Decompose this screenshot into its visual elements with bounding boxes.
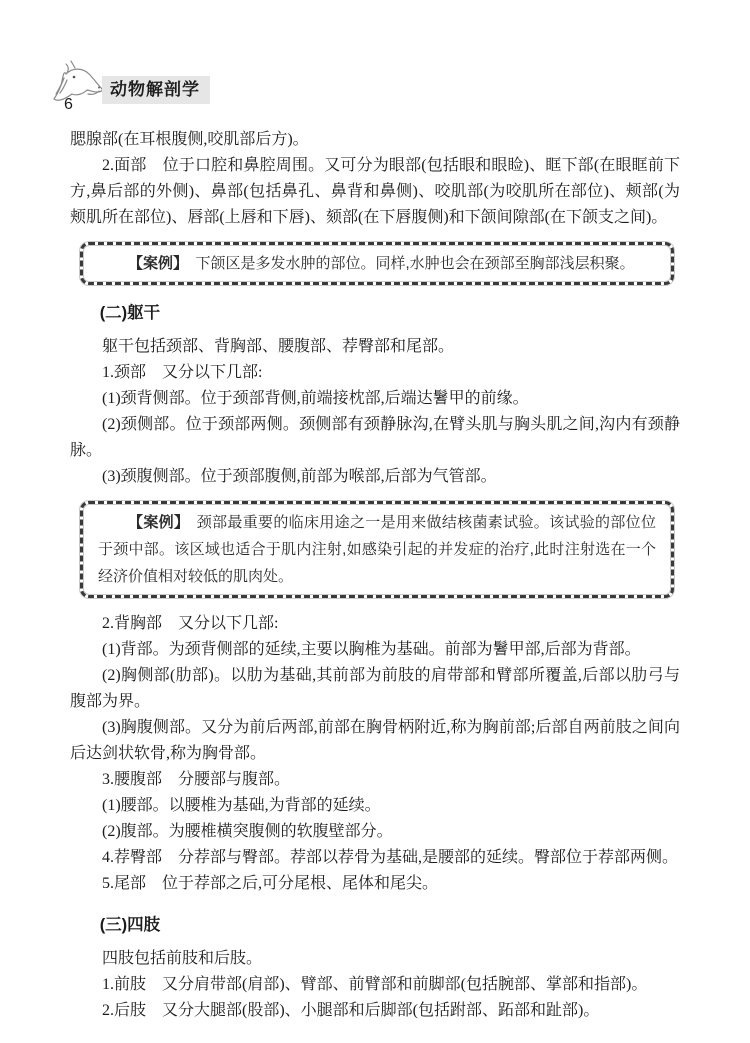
paragraph-lumboabdominal: 3.腰腹部 分腰部与腹部。: [70, 767, 680, 793]
paragraph-tail: 5.尾部 位于荐部之后,可分尾根、尾体和尾尖。: [70, 871, 680, 897]
paragraph-hindlimb: 2.后肢 又分大腿部(股部)、小腿部和后脚部(包括跗部、跖部和趾部)。: [70, 998, 680, 1024]
page-number: 6: [64, 96, 73, 114]
page-body: 腮腺部(在耳根腹侧,咬肌部后方)。 2.面部 位于口腔和鼻腔周围。又可分为眼部(…: [70, 127, 680, 1024]
case-label: 【案例】: [128, 514, 189, 531]
book-title: 动物解剖学: [102, 76, 210, 104]
paragraph-limbs-intro: 四肢包括前肢和后肢。: [70, 946, 680, 972]
book-page: 动物解剖学 6 腮腺部(在耳根腹侧,咬肌部后方)。 2.面部 位于口腔和鼻腔周围…: [0, 0, 750, 1043]
paragraph-abdominal: (2)腹部。为腰椎横突腹侧的软腹壁部分。: [70, 819, 680, 845]
paragraph-neck-dorsal: (1)颈背侧部。位于颈部背侧,前端接枕部,后端达鬐甲的前缘。: [70, 386, 680, 412]
case-body: 下颌区是多发水肿的部位。同样,水肿也会在颈部至胸部浅层积聚。: [196, 255, 635, 272]
paragraph-back: (1)背部。为颈背侧部的延续,主要以胸椎为基础。前部为鬐甲部,后部为背部。: [70, 637, 680, 663]
paragraph-neck: 1.颈部 又分以下几部:: [70, 360, 680, 386]
paragraph-neck-ventral: (3)颈腹侧部。位于颈部腹侧,前部为喉部,后部为气管部。: [70, 464, 680, 490]
paragraph-sacrogluteal: 4.荐臀部 分荐部与臀部。荐部以荐骨为基础,是腰部的延续。臀部位于荐部两侧。: [70, 845, 680, 871]
case-text: 【案例】颈部最重要的临床用途之一是用来做结核菌素试验。该试验的部位位于颈中部。该…: [98, 509, 656, 590]
case-text: 【案例】下颌区是多发水肿的部位。同样,水肿也会在颈部至胸部浅层积聚。: [98, 250, 656, 277]
paragraph-thoracic-lateral: (2)胸侧部(肋部)。以肋为基础,其前部为前肢的肩带部和臂部所覆盖,后部以肋弓与…: [70, 663, 680, 715]
paragraph-thoracic-ventral: (3)胸腹侧部。又分为前后两部,前部在胸骨柄附近,称为胸前部;后部自两前肢之间向…: [70, 715, 680, 767]
paragraph-parotid: 腮腺部(在耳根腹侧,咬肌部后方)。: [70, 127, 680, 153]
case-box-neck: 【案例】颈部最重要的临床用途之一是用来做结核菌素试验。该试验的部位位于颈中部。该…: [80, 501, 674, 598]
horse-head-icon: [52, 58, 106, 106]
paragraph-neck-lateral: (2)颈侧部。位于颈部两侧。颈侧部有颈静脉沟,在臂头肌与胸头肌之间,沟内有颈静脉…: [70, 412, 680, 464]
paragraph-face: 2.面部 位于口腔和鼻腔周围。又可分为眼部(包括眼和眼睑)、眶下部(在眼眶前下方…: [70, 153, 680, 231]
case-label: 【案例】: [128, 255, 188, 272]
case-box-mandible: 【案例】下颌区是多发水肿的部位。同样,水肿也会在颈部至胸部浅层积聚。: [80, 242, 674, 285]
section-heading-trunk: (二)躯干: [70, 300, 680, 326]
paragraph-lumbar: (1)腰部。以腰椎为基础,为背部的延续。: [70, 793, 680, 819]
paragraph-dorsothoracic: 2.背胸部 又分以下几部:: [70, 611, 680, 637]
section-heading-limbs: (三)四肢: [70, 912, 680, 938]
paragraph-forelimb: 1.前肢 又分肩带部(肩部)、臂部、前臂部和前脚部(包括腕部、掌部和指部)。: [70, 972, 680, 998]
paragraph-trunk-intro: 躯干包括颈部、背胸部、腰腹部、荐臀部和尾部。: [70, 334, 680, 360]
